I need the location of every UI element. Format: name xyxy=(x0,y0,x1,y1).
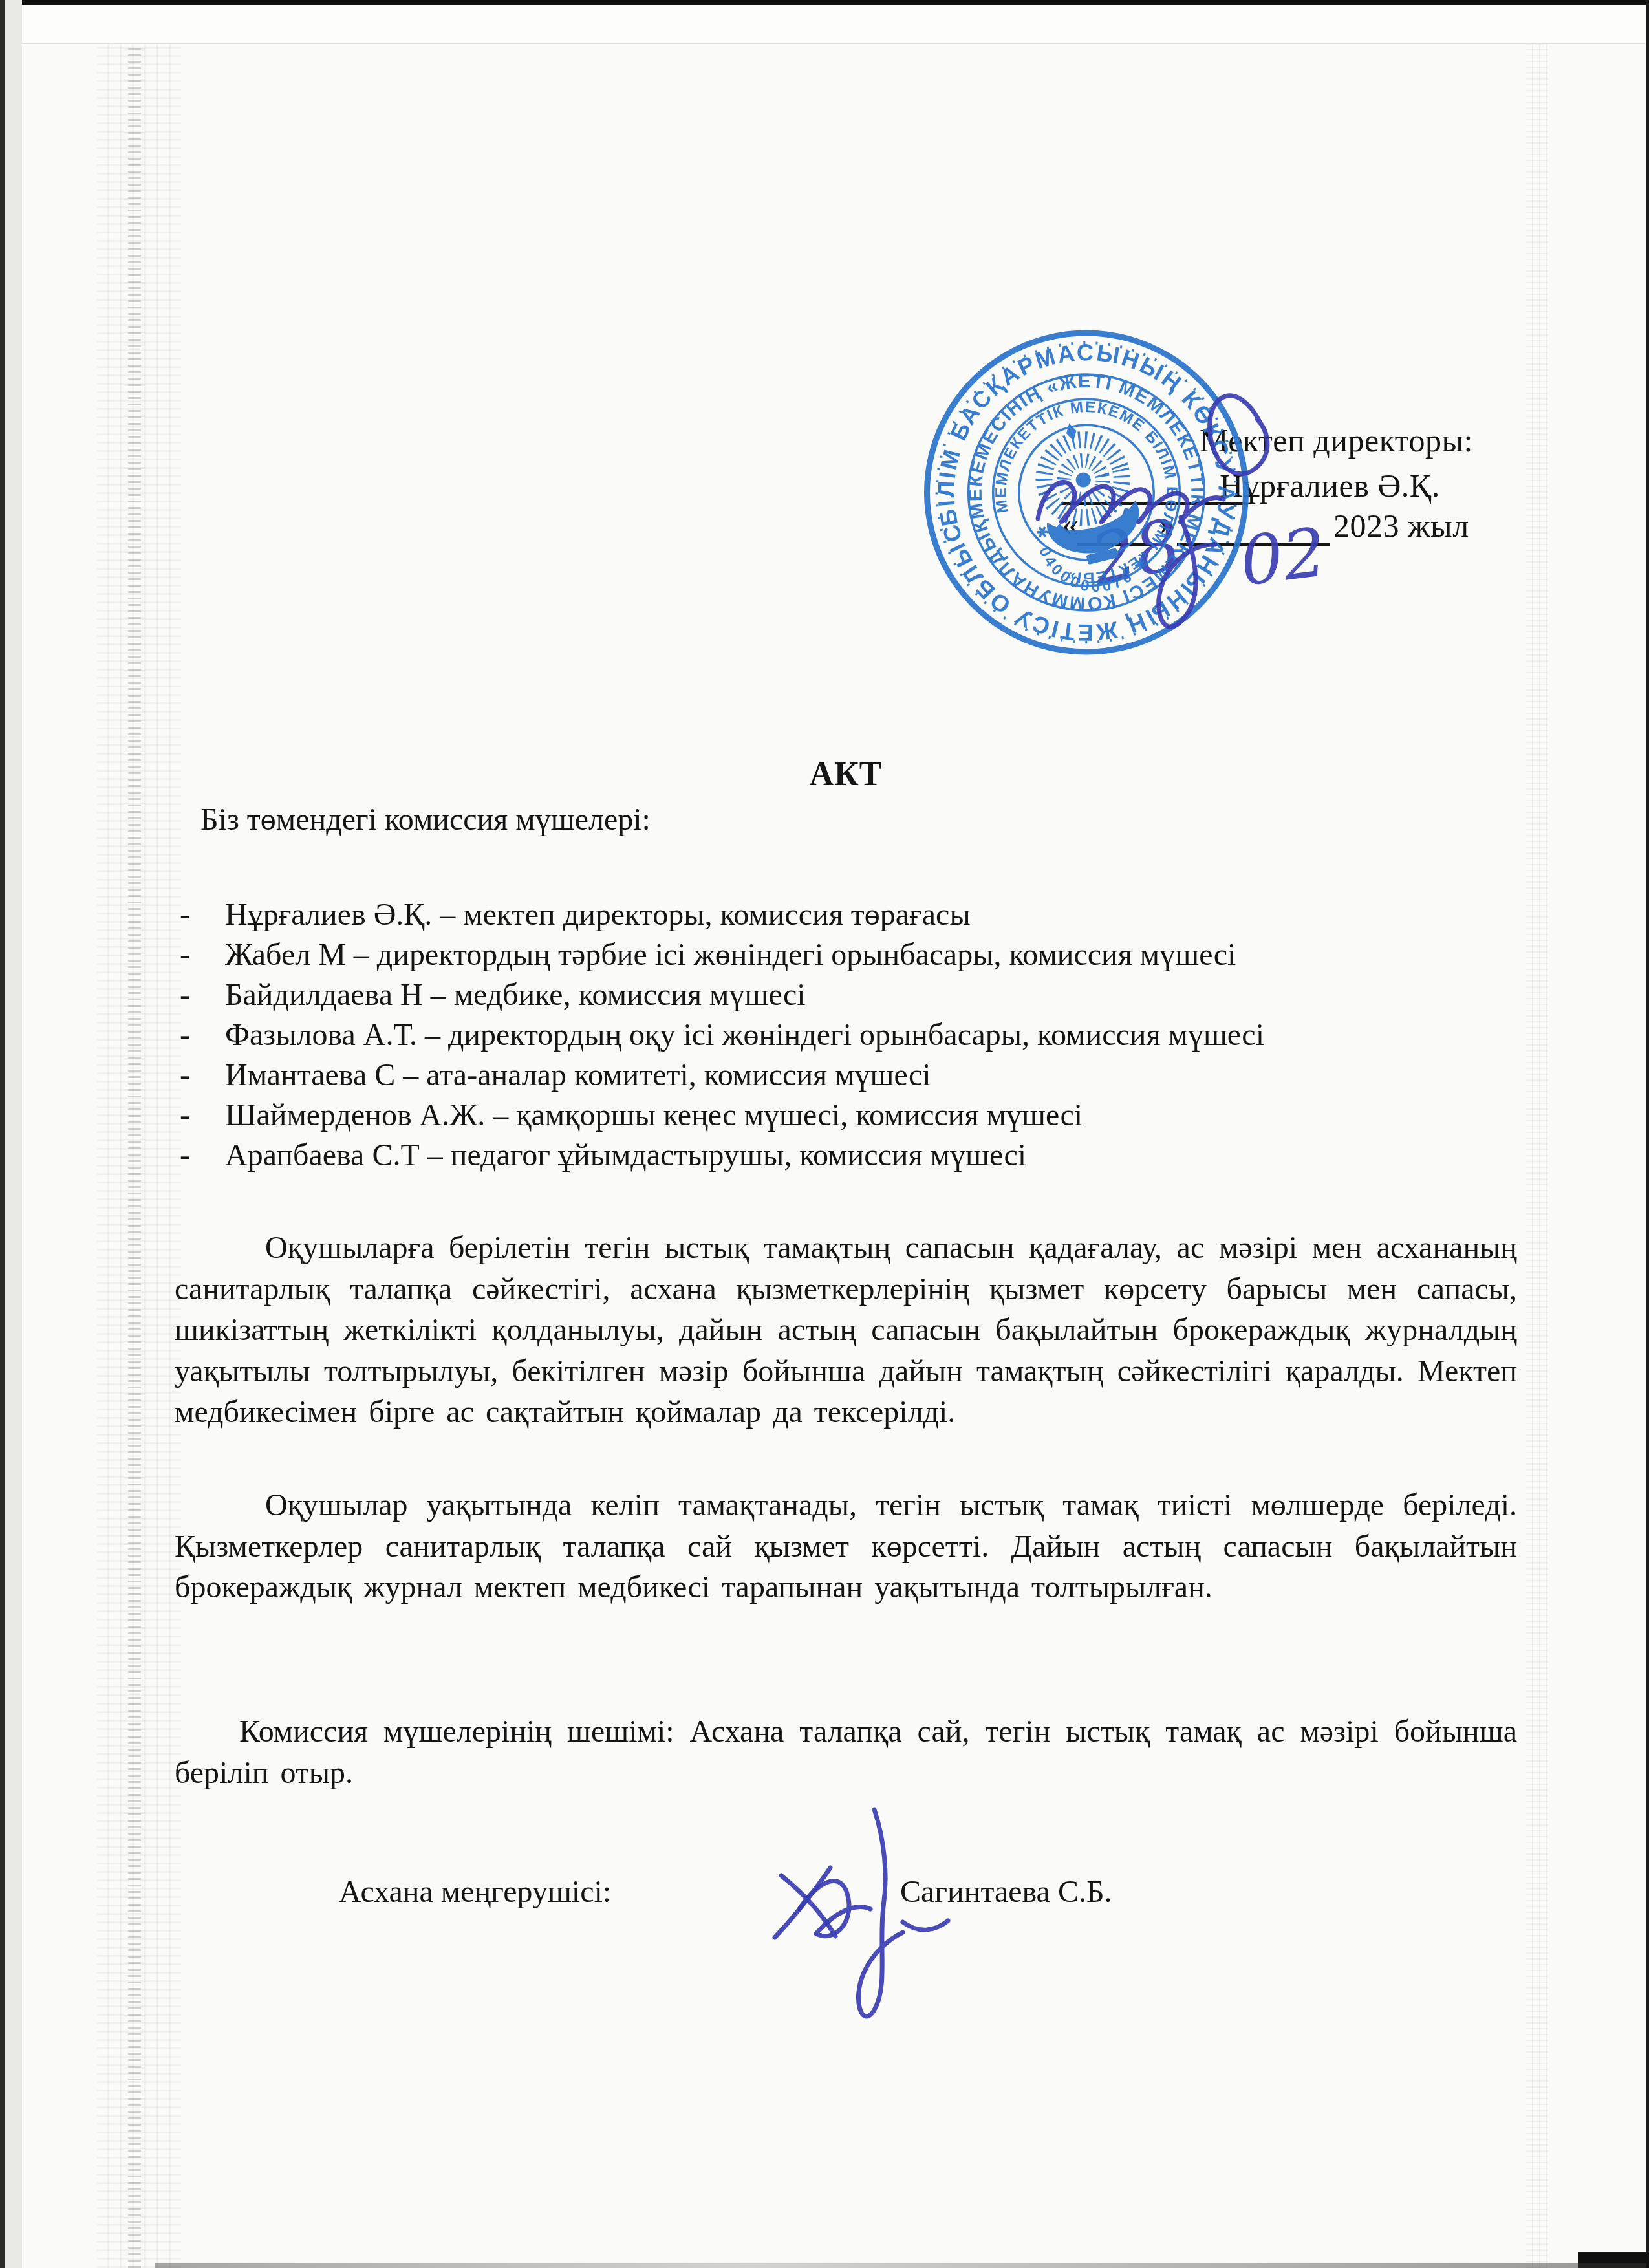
scan-noise-band-left xyxy=(97,39,181,2268)
header-director-name: Нұрғалиев Ә.Қ. xyxy=(1220,467,1440,504)
commission-member: - Байдилдаева Н – медбике, комиссия мүше… xyxy=(175,975,1517,1015)
scan-edge-top xyxy=(0,0,1649,5)
scan-edge-bottom xyxy=(155,2263,1646,2268)
scan-edge-left-grey xyxy=(5,0,22,2268)
commission-member: - Шаймерденов А.Ж. – қамқоршы кеңес мүше… xyxy=(175,1096,1517,1136)
scan-edge-left xyxy=(0,0,5,2268)
commission-member: - Фазылова А.Т. – директордың оқу ісі жө… xyxy=(175,1015,1517,1055)
scan-noise-band-left-dark xyxy=(128,39,141,2268)
header-date-year: 2023 жыл xyxy=(1333,507,1469,545)
list-dash: - xyxy=(175,1136,225,1176)
scan-edge-right xyxy=(1646,0,1649,2268)
list-dash: - xyxy=(175,895,225,935)
stamp-graphic: БІЛІМ БАСҚАРМАСЫНЫҢ КӨКСУ АУДАНЫНЫҢ ЖЕТІ… xyxy=(921,325,1252,659)
document-title: АКТ xyxy=(175,755,1517,794)
list-dash: - xyxy=(175,975,225,1015)
paragraph-findings: Оқушылар уақытында келіп тамақтанады, те… xyxy=(175,1485,1517,1608)
scan-noise-band-right xyxy=(1526,39,1548,2268)
canteen-manager-name: Сагинтаева С.Б. xyxy=(900,1874,1112,1910)
commission-member: - Нұрғалиев Ә.Қ. – мектеп директоры, ком… xyxy=(175,895,1517,935)
list-dash: - xyxy=(175,1096,225,1136)
list-dash: - xyxy=(175,1015,225,1055)
member-text: Байдилдаева Н – медбике, комиссия мүшесі xyxy=(225,975,806,1015)
member-text: Шаймерденов А.Ж. – қамқоршы кеңес мүшесі… xyxy=(225,1096,1083,1136)
member-text: Арапбаева С.Т – педагог ұйымдастырушы, к… xyxy=(225,1136,1026,1176)
member-text: Нұрғалиев Ә.Қ. – мектеп директоры, комис… xyxy=(225,895,971,935)
member-text: Имантаева С – ата-аналар комитеті, комис… xyxy=(225,1055,931,1096)
paragraph-inspection: Оқушыларға берілетін тегін ыстық тамақты… xyxy=(175,1227,1517,1433)
document-intro: Біз төмендегі комиссия мүшелері: xyxy=(175,802,1517,837)
paragraph-decision: Комиссия мүшелерінің шешімі: Асхана тала… xyxy=(175,1711,1517,1793)
scanned-document-page: Мектеп директоры: Нұрғалиев Ә.Қ. « » 202… xyxy=(0,0,1649,2268)
canteen-manager-signature xyxy=(744,1785,1015,2057)
list-dash: - xyxy=(175,935,225,975)
list-dash: - xyxy=(175,1055,225,1096)
member-text: Фазылова А.Т. – директордың оқу ісі жөні… xyxy=(225,1015,1264,1055)
official-stamp: БІЛІМ БАСҚАРМАСЫНЫҢ КӨКСУ АУДАНЫНЫҢ ЖЕТІ… xyxy=(921,325,1252,659)
member-text: Жабел М – директордың тәрбие ісі жөнінде… xyxy=(225,935,1236,975)
canteen-manager-label: Асхана меңгерушісі: xyxy=(339,1874,611,1910)
commission-member: - Имантаева С – ата-аналар комитеті, ком… xyxy=(175,1055,1517,1096)
commission-member: - Жабел М – директордың тәрбие ісі жөнін… xyxy=(175,935,1517,975)
commission-members-list: - Нұрғалиев Ә.Қ. – мектеп директоры, ком… xyxy=(175,895,1517,1176)
scan-top-white-band xyxy=(0,5,1649,44)
commission-member: - Арапбаева С.Т – педагог ұйымдастырушы,… xyxy=(175,1136,1517,1176)
